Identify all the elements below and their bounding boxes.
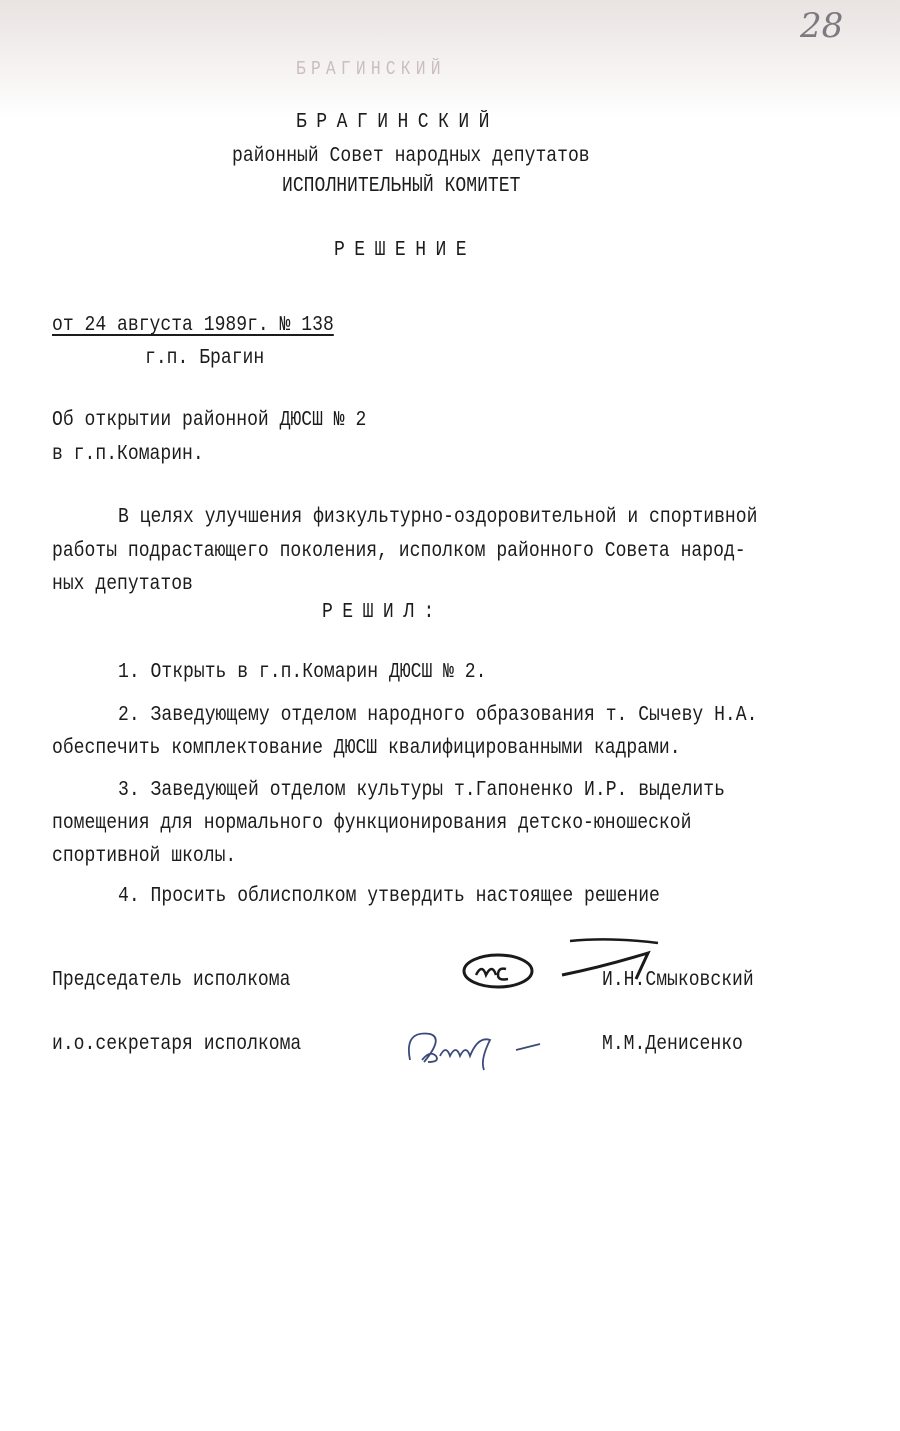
document-page: 28 БРАГИНСКИЙ БРАГИНСКИЙ районный Совет … — [0, 0, 900, 1431]
subject-line-2: в г.п.Комарин. — [52, 442, 204, 468]
header-district: БРАГИНСКИЙ — [296, 110, 499, 136]
folio-number: 28 — [800, 6, 843, 46]
item-3-line-2: помещения для нормального функционирован… — [52, 811, 691, 837]
preamble-line-2: работы подрастающего поколения, исполком… — [52, 539, 746, 565]
item-3-line-3: спортивной школы. — [52, 844, 236, 870]
preamble-line-3: ных депутатов — [52, 572, 193, 598]
subject-line-1: Об открытии районной ДЮСШ № 2 — [52, 408, 366, 434]
item-4: 4. Просить облисполком утвердить настоящ… — [118, 884, 660, 910]
header-council: районный Совет народных депутатов — [232, 144, 590, 170]
item-2-line-2: обеспечить комплектование ДЮСШ квалифици… — [52, 736, 681, 762]
date-number: от 24 августа 1989г. № 138 — [52, 313, 334, 339]
place: г.п. Брагин — [145, 346, 264, 372]
chairman-title: Председатель исполкома — [52, 968, 290, 994]
secretary-signature — [400, 1018, 570, 1073]
item-3-line-1: 3. Заведующей отделом культуры т.Гапонен… — [118, 778, 725, 804]
resolved-heading: РЕШИЛ: — [322, 600, 444, 626]
item-2-line-1: 2. Заведующему отделом народного образов… — [118, 703, 757, 729]
secretary-name: М.М.Денисенко — [602, 1032, 743, 1058]
header-committee: ИСПОЛНИТЕЛЬНЫЙ КОМИТЕТ — [282, 174, 520, 200]
chairman-name: И.Н.Смыковский — [602, 968, 754, 994]
preamble-line-1: В целях улучшения физкультурно-оздоровит… — [118, 505, 757, 531]
item-1: 1. Открыть в г.п.Комарин ДЮСШ № 2. — [118, 660, 486, 686]
document-type: РЕШЕНИЕ — [334, 238, 476, 264]
scan-shadow — [0, 0, 900, 120]
faded-stamp: БРАГИНСКИЙ — [296, 56, 446, 82]
secretary-title: и.о.секретаря исполкома — [52, 1032, 301, 1058]
